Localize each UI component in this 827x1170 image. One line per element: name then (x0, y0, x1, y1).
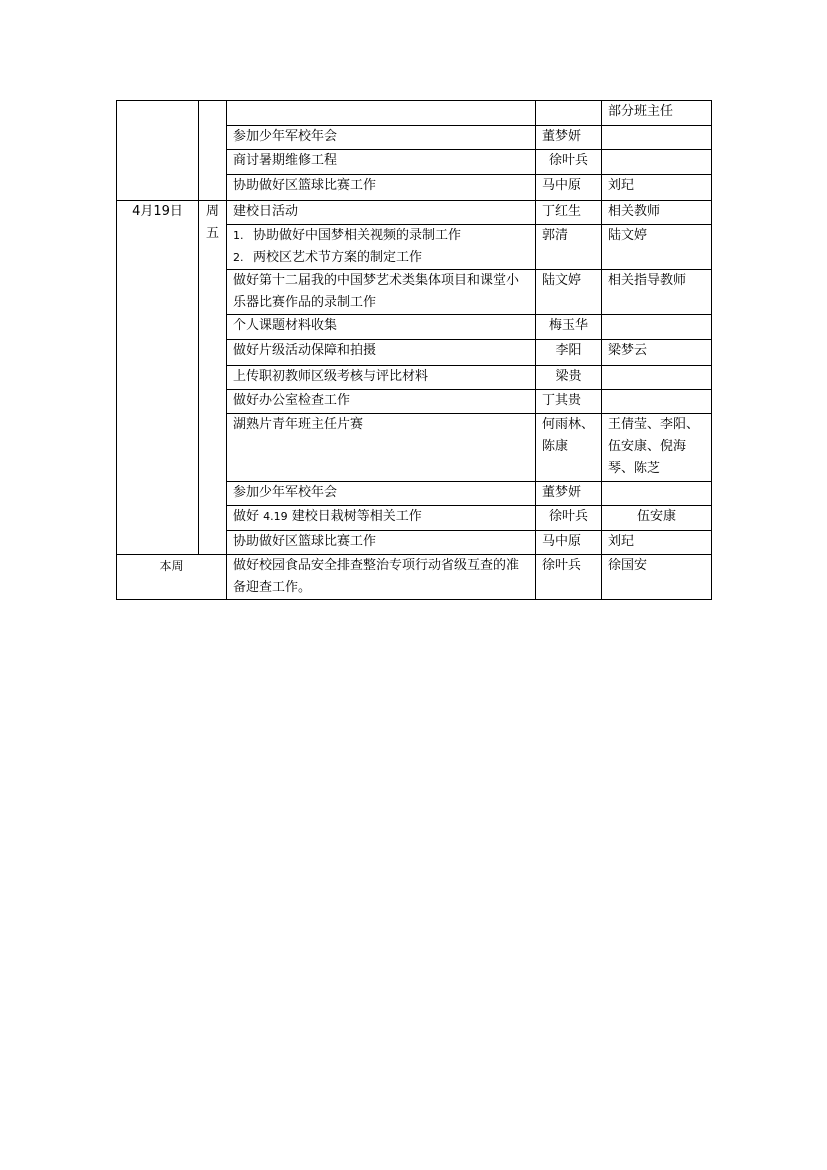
list-number: 1. (233, 225, 253, 247)
weekday-cell: 周 五 (199, 201, 227, 555)
assist-cell (602, 482, 712, 506)
task-cell: 建校日活动 (227, 201, 536, 225)
owner-cell: 马中原 (536, 531, 602, 555)
task-cell (227, 101, 536, 126)
owner-cell: 徐叶兵 (536, 150, 602, 175)
task-cell: 做好片级活动保障和拍摄 (227, 340, 536, 366)
assist-cell: 陆文婷 (602, 225, 712, 270)
task-cell: 做好校园食品安全排查整治专项行动省级互查的准备迎查工作。 (227, 555, 536, 600)
owner-cell: 陆文婷 (536, 270, 602, 315)
task-cell: 商讨暑期维修工程 (227, 150, 536, 175)
task-text-suffix: 建校日栽树等相关工作 (292, 509, 422, 524)
task-cell: 做好 4.19 建校日栽树等相关工作 (227, 506, 536, 531)
task-cell: 上传职初教师区级考核与评比材料 (227, 366, 536, 390)
task-list-item: 1.协助做好中国梦相关视频的录制工作 (233, 225, 529, 247)
table-row: 部分班主任 (117, 101, 712, 126)
weekly-schedule-table: 部分班主任 参加少年军校年会 董梦妍 商讨暑期维修工程 徐叶兵 协助做好区篮球比… (116, 100, 712, 600)
assist-cell (602, 390, 712, 414)
weekday-line-2: 五 (205, 223, 220, 245)
owner-cell: 郭清 (536, 225, 602, 270)
assist-cell: 徐国安 (602, 555, 712, 600)
task-date-number: 4.19 (263, 510, 288, 523)
list-number: 2. (233, 247, 253, 269)
owner-cell: 梁贵 (536, 366, 602, 390)
assist-cell: 相关指导教师 (602, 270, 712, 315)
task-cell: 做好第十二届我的中国梦艺术类集体项目和课堂小乐器比赛作品的录制工作 (227, 270, 536, 315)
assist-cell: 梁梦云 (602, 340, 712, 366)
owner-cell (536, 101, 602, 126)
table-row: 4月19日 周 五 建校日活动 丁红生 相关教师 (117, 201, 712, 225)
assist-cell: 刘玘 (602, 175, 712, 201)
assist-cell (602, 315, 712, 340)
period-cell: 本周 (117, 555, 227, 600)
owner-cell: 董梦妍 (536, 482, 602, 506)
owner-cell: 董梦妍 (536, 126, 602, 150)
assist-cell: 王倩莹、李阳、伍安康、倪海琴、陈芝 (602, 414, 712, 482)
owner-cell: 徐叶兵 (536, 506, 602, 531)
assist-cell (602, 126, 712, 150)
task-cell: 协助做好区篮球比赛工作 (227, 531, 536, 555)
weekday-line-1: 周 (205, 201, 220, 223)
owner-cell: 丁其贵 (536, 390, 602, 414)
owner-cell: 徐叶兵 (536, 555, 602, 600)
task-cell: 协助做好区篮球比赛工作 (227, 175, 536, 201)
date-cell (117, 101, 199, 201)
owner-cell: 丁红生 (536, 201, 602, 225)
table-row: 本周 做好校园食品安全排查整治专项行动省级互查的准备迎查工作。 徐叶兵 徐国安 (117, 555, 712, 600)
list-item-text: 协助做好中国梦相关视频的录制工作 (253, 228, 461, 243)
assist-cell (602, 366, 712, 390)
assist-cell: 部分班主任 (602, 101, 712, 126)
task-cell: 湖熟片青年班主任片赛 (227, 414, 536, 482)
owner-cell: 何雨林、陈康 (536, 414, 602, 482)
task-cell: 个人课题材料收集 (227, 315, 536, 340)
task-list-item: 2.两校区艺术节方案的制定工作 (233, 247, 529, 269)
task-cell: 参加少年军校年会 (227, 126, 536, 150)
task-cell: 做好办公室检查工作 (227, 390, 536, 414)
assist-cell: 相关教师 (602, 201, 712, 225)
task-text-prefix: 做好 (233, 509, 259, 524)
assist-cell (602, 150, 712, 175)
task-cell: 1.协助做好中国梦相关视频的录制工作 2.两校区艺术节方案的制定工作 (227, 225, 536, 270)
assist-cell: 伍安康 (602, 506, 712, 531)
owner-cell: 马中原 (536, 175, 602, 201)
list-item-text: 两校区艺术节方案的制定工作 (253, 250, 422, 265)
owner-cell: 梅玉华 (536, 315, 602, 340)
assist-cell: 刘玘 (602, 531, 712, 555)
weekday-cell (199, 101, 227, 201)
date-cell: 4月19日 (117, 201, 199, 555)
owner-cell: 李阳 (536, 340, 602, 366)
task-cell: 参加少年军校年会 (227, 482, 536, 506)
